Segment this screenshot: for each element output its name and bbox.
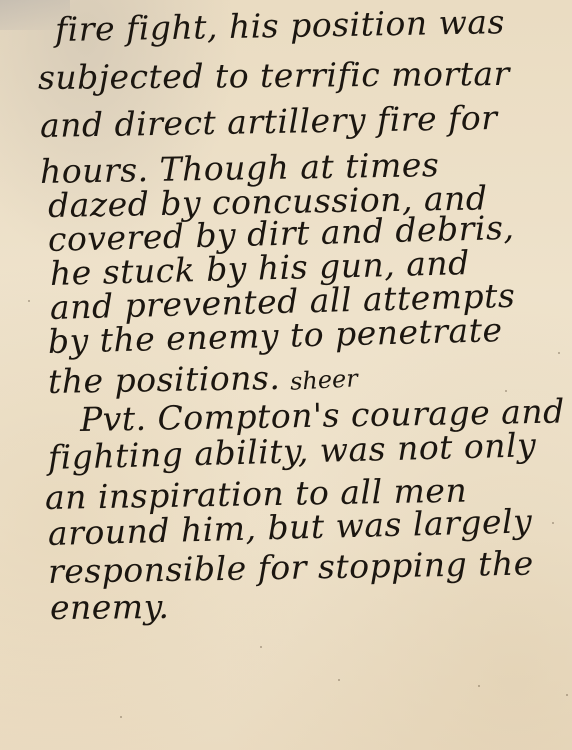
handwritten-line-2: subjected to terrific mortar: [38, 54, 510, 97]
paper-speck: [478, 685, 480, 687]
handwritten-line-10: the positions.: [48, 358, 281, 401]
handwritten-line-16: enemy.: [50, 587, 170, 627]
handwritten-line-1: fire fight, his position was: [55, 2, 506, 49]
handwritten-line-3: and direct artillery fire for: [40, 98, 498, 145]
paper-speck: [260, 646, 262, 648]
inserted-word-sheer: sheer: [289, 364, 358, 396]
paper-speck: [338, 679, 340, 681]
paper-speck: [552, 522, 554, 524]
handwritten-line-15: responsible for stopping the: [48, 544, 534, 591]
letter-page: fire fight, his position was subjected t…: [0, 0, 572, 750]
paper-speck: [120, 716, 122, 718]
paper-speck: [28, 300, 30, 302]
paper-speck: [566, 694, 568, 696]
paper-speck: [558, 352, 560, 354]
